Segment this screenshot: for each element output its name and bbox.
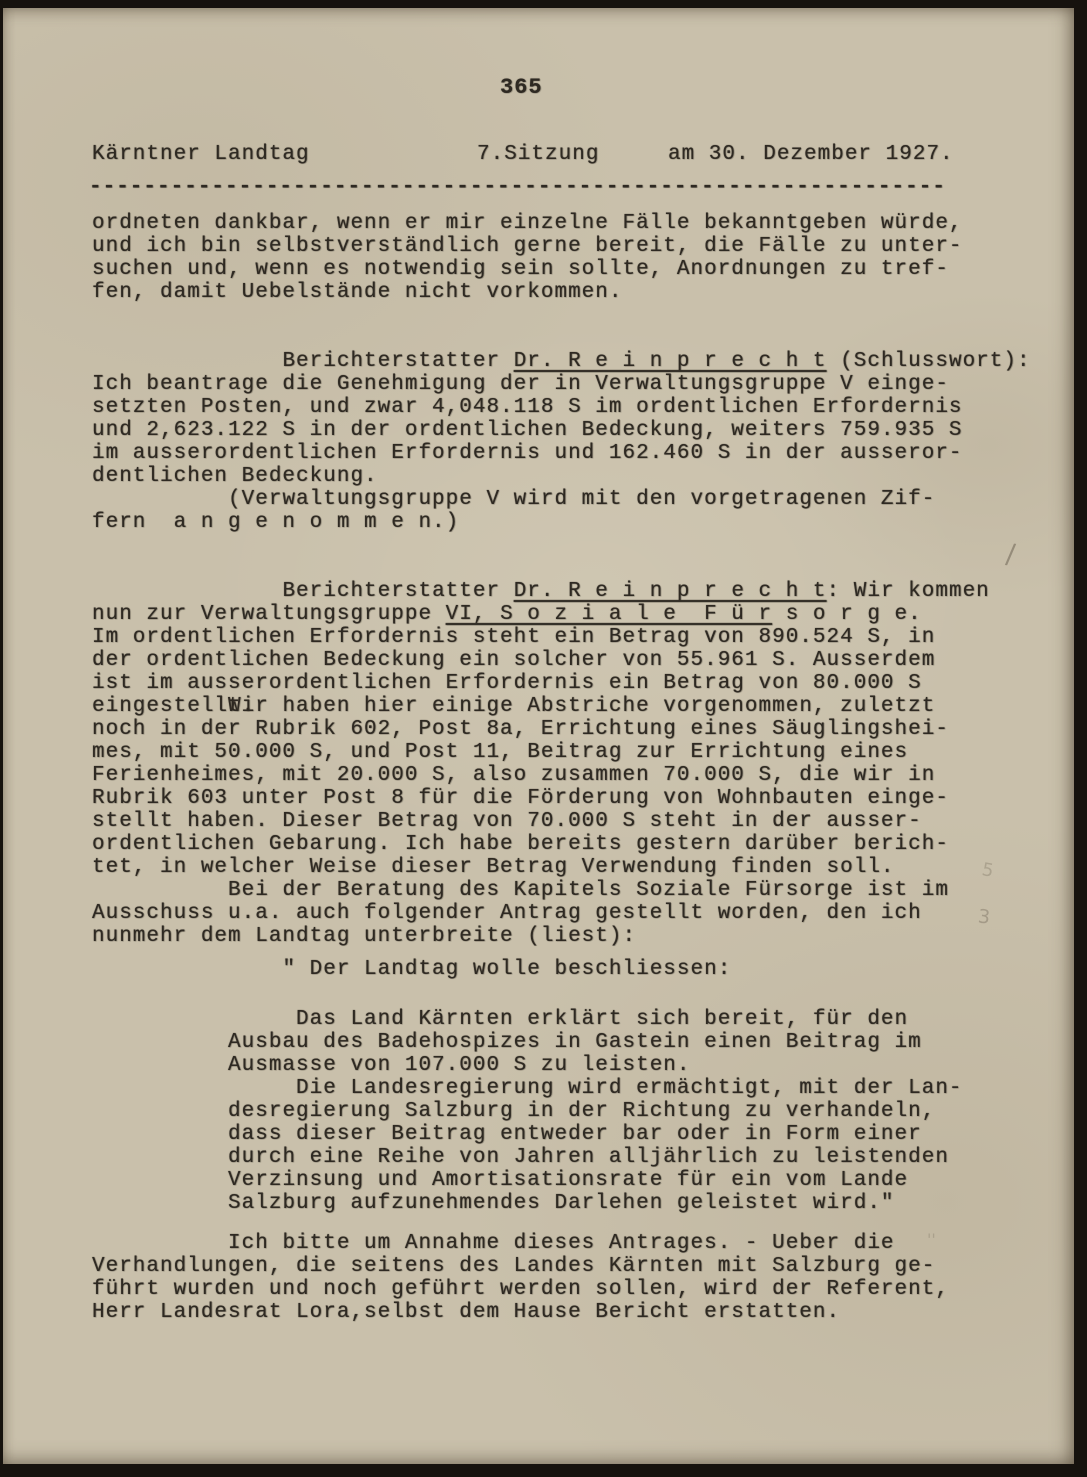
paragraph-closing: Ich bitte um Annahme dieses Antrages. - … <box>92 1232 1032 1324</box>
pencil-mark-dots: '' <box>927 1230 936 1249</box>
speaker-name-underlined: Dr. R e i n p r e c h t <box>514 350 827 373</box>
paragraph-antrag-ankuendigung: Bei der Beratung des Kapitels Soziale Fü… <box>92 879 1032 948</box>
pencil-mark-smudge-bottom: 3 <box>977 905 991 928</box>
dashed-divider: ----------------------------------------… <box>89 176 955 199</box>
header-title: Kärntner Landtag <box>92 143 310 166</box>
paragraph-rapporteur-schlusswort: Berichterstatter Dr. R e i n p r e c h t… <box>92 327 1032 511</box>
paragraph-text: Berichterstatter <box>146 350 513 373</box>
paragraph-continuation: ordneten dankbar, wenn er mir einzelne F… <box>92 212 1032 304</box>
paragraph-abstriche: Wir haben hier einige Abstriche vorgenom… <box>92 695 1032 879</box>
motion-quote-intro: " Der Landtag wolle beschliessen: <box>92 958 1032 981</box>
scan-background: { "doc": { "page_number": "365", "header… <box>0 0 1087 1477</box>
session-header: Kärntner Landtag 7.Sitzung am 30. Dezemb… <box>92 143 1032 166</box>
group-name-underlined: VI, S o z i a l e F ü r <box>446 603 772 626</box>
document-page: 365 Kärntner Landtag 7.Sitzung am 30. De… <box>3 8 1074 1464</box>
page-number: 365 <box>500 76 543 99</box>
motion-quote-body: Das Land Kärnten erklärt sich bereit, fü… <box>92 1008 1032 1215</box>
paragraph-text: Berichterstatter <box>146 580 513 603</box>
speaker-name-underlined: Dr. R e i n p r e c h t <box>514 580 827 603</box>
header-session-number: 7.Sitzung <box>477 143 599 166</box>
paragraph-vote-result: (Verwaltungsgruppe V wird mit den vorget… <box>92 488 1032 534</box>
header-date: am 30. Dezember 1927. <box>668 143 954 166</box>
